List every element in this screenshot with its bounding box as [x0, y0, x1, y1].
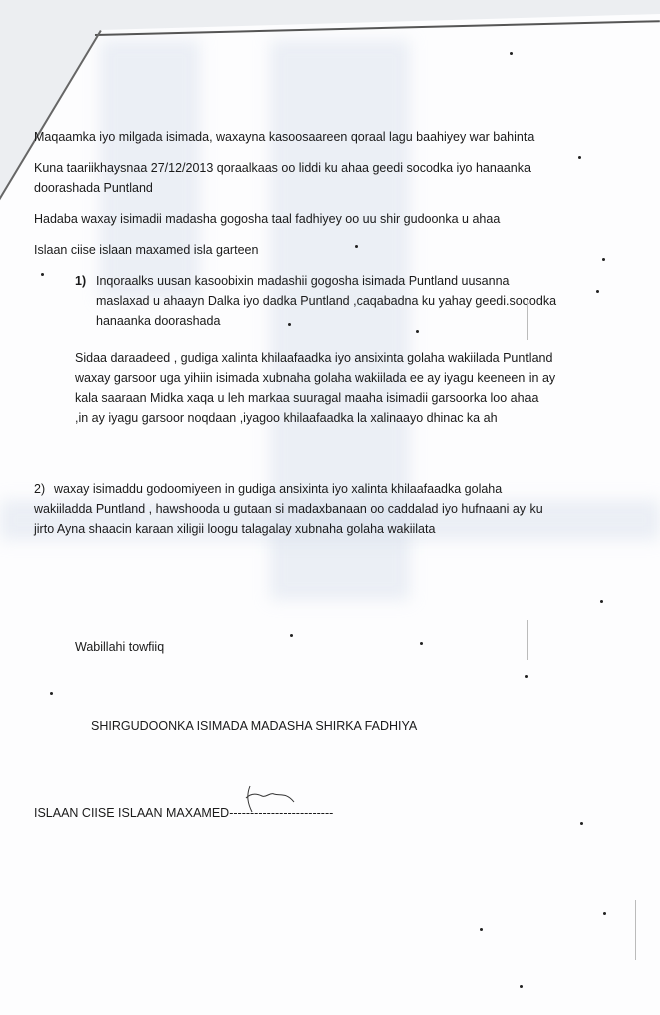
paragraph-line-2: waxay garsoor uga yihiin isimada xubnaha… [75, 368, 555, 388]
scan-speck [416, 330, 419, 333]
paragraph-line-4: ,in ay iyagu garsoor noqdaan ,iyagoo khi… [75, 408, 498, 428]
signatory-title: SHIRGUDOONKA ISIMADA MADASHA SHIRKA FADH… [91, 716, 417, 736]
point-1-line-1: Inqoraalks uusan kasoobixin madashii gog… [96, 271, 509, 291]
scan-speck [596, 290, 599, 293]
scan-speck [288, 323, 291, 326]
paragraph-line-1: Sidaa daraadeed , gudiga xalinta khilaaf… [75, 348, 552, 368]
intro-line-4: Hadaba waxay isimadii madasha gogosha ta… [34, 209, 500, 229]
scan-speck [578, 156, 581, 159]
scan-speck [525, 675, 528, 678]
scan-speck [602, 258, 605, 261]
scan-speck [580, 822, 583, 825]
intro-line-1: Maqaamka iyo milgada isimada, waxayna ka… [34, 127, 534, 147]
point-2-line-1: waxay isimaddu godoomiyeen in gudiga ans… [54, 479, 502, 499]
closing-text: Wabillahi towfiiq [75, 637, 164, 657]
point-2-line-3: jirto Ayna shaacin karaan xiligii loogu … [34, 519, 435, 539]
scan-artifact-line [527, 300, 528, 340]
scan-speck [420, 642, 423, 645]
scan-artifact-line [635, 900, 636, 960]
scan-speck [355, 245, 358, 248]
scan-speck [480, 928, 483, 931]
scan-speck [41, 273, 44, 276]
intro-line-2: Kuna taariikhaysnaa 27/12/2013 qoraalkaa… [34, 158, 531, 178]
scan-speck [290, 634, 293, 637]
scan-speck [50, 692, 53, 695]
intro-line-5: Islaan ciise islaan maxamed isla garteen [34, 240, 258, 260]
point-1-line-3: hanaanka doorashada [96, 311, 220, 331]
point-1-line-2: maslaxad u ahaayn Dalka iyo dadka Puntla… [96, 291, 556, 311]
scan-artifact-line [527, 620, 528, 660]
handwritten-signature [228, 782, 298, 816]
scan-speck [510, 52, 513, 55]
signatory-name-text: ISLAAN CIISE ISLAAN MAXAMED [34, 806, 229, 820]
scan-speck [603, 912, 606, 915]
intro-line-3: doorashada Puntland [34, 178, 153, 198]
point-1-number: 1) [75, 271, 86, 291]
scan-speck [600, 600, 603, 603]
point-2-number: 2) [34, 479, 45, 499]
paragraph-line-3: kala saaraan Midka xaqa u leh markaa suu… [75, 388, 538, 408]
scan-speck [520, 985, 523, 988]
point-2-line-2: wakiiladda Puntland , hawshooda u gutaan… [34, 499, 543, 519]
